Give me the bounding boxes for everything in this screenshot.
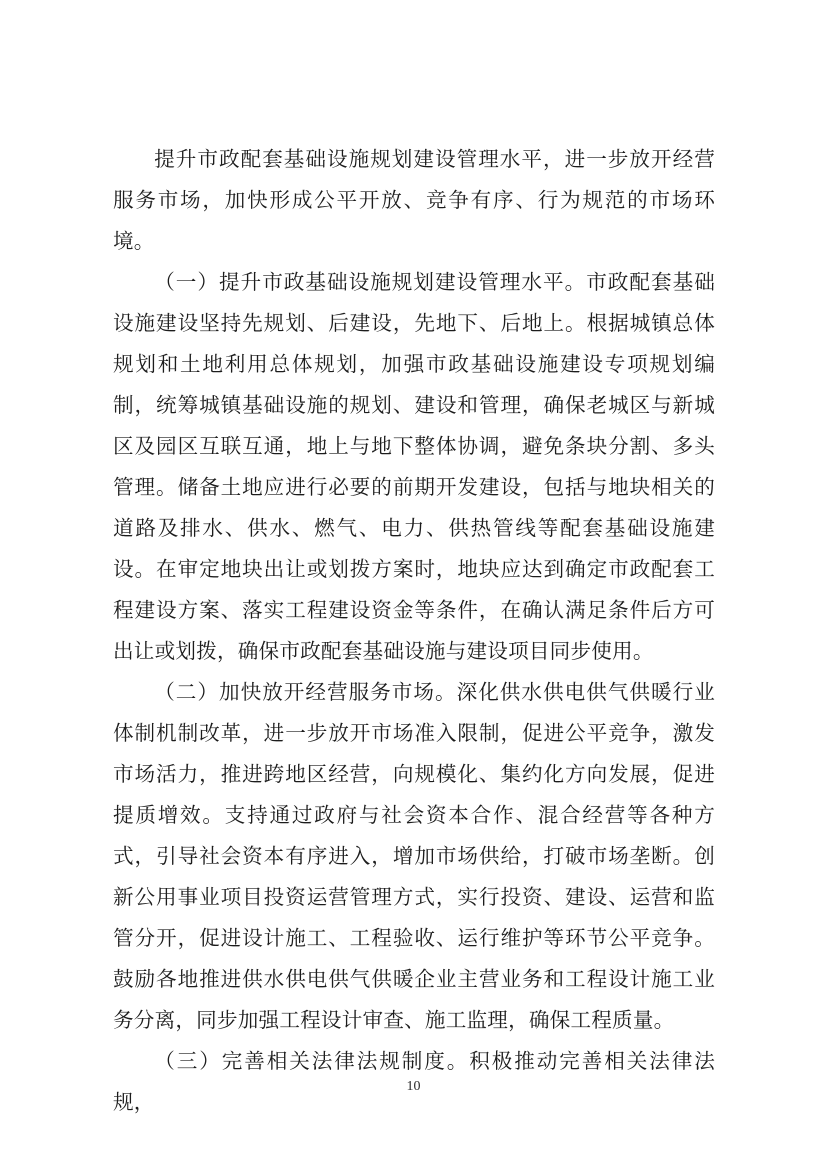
document-body: 提升市政配套基础设施规划建设管理水平，进一步放开经营服务市场，加快形成公平开放、… xyxy=(113,139,715,1123)
document-page: 提升市政配套基础设施规划建设管理水平，进一步放开经营服务市场，加快形成公平开放、… xyxy=(0,0,827,1169)
page-number: 10 xyxy=(0,1079,827,1095)
paragraph-section-2: （二）加快放开经营服务市场。深化供水供电供气供暖行业体制机制改革，进一步放开市场… xyxy=(113,672,715,1041)
paragraph-section-1: （一）提升市政基础设施规划建设管理水平。市政配套基础设施建设坚持先规划、后建设，… xyxy=(113,262,715,672)
paragraph-intro: 提升市政配套基础设施规划建设管理水平，进一步放开经营服务市场，加快形成公平开放、… xyxy=(113,139,715,262)
